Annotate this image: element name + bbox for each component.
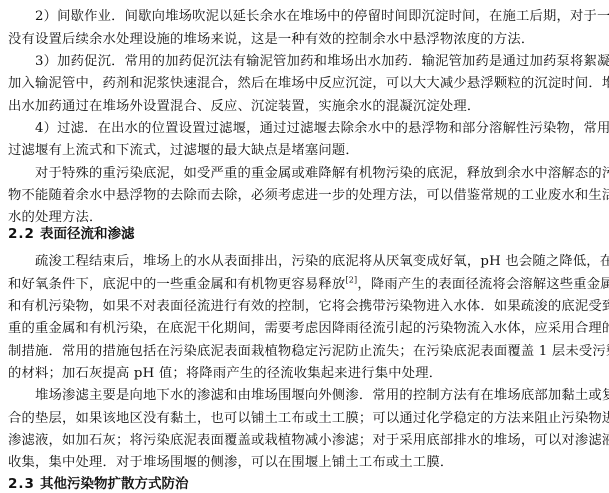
paragraph-seepage-line-4: 收集，集中处理．对于堆场围堰的侧渗，可以在围堰上铺土工布或土工膜． (8, 452, 604, 474)
paragraph-seepage-line-2: 合的垫层，如果该地区没有黏土，也可以铺土工布或土工膜；可以通过化学稳定的方法来阻… (8, 408, 604, 430)
runoff-line-2-text-a: 和好氧条件下，底泥中的一些重金属和有机物更容易释放 (8, 277, 345, 292)
paragraph-filtration-line-2: 过滤堰有上流式和下流式，过滤堰的最大缺点是堵塞问题． (8, 140, 604, 162)
paragraph-runoff-line-2: 和好氧条件下，底泥中的一些重金属和有机物更容易释放[2]，降雨产生的表面径流将会… (8, 274, 604, 296)
paragraph-dosing-line-3: 出水加药通过在堆场外设置混合、反应、沉淀装置，实施余水的混凝沉淀处理． (8, 96, 604, 118)
section-title: 其他污染物扩散方式防治 (40, 476, 189, 492)
section-heading-2-2: 2.2表面径流和渗滤 (8, 223, 135, 245)
document-page: 2）间歇作业．间歇向堆场吹泥以延长余水在堆场中的停留时间即沉淀时间，在施工后期，… (0, 0, 609, 493)
section-number: 2.2 (8, 223, 40, 245)
paragraph-runoff-line-5: 制措施．常用的措施包括在污染底泥表面栽植物稳定污泥防止流失；在污染底泥表面覆盖 … (8, 341, 604, 363)
paragraph-dosing-line-2: 加入输泥管中，药剂和泥浆快速混合，然后在堆场中反应沉淀，可以大大减少悬浮颗粒的沉… (8, 73, 604, 95)
paragraph-intermittent-operation-line-2: 没有设置后续余水处理设施的堆场来说，这是一种有效的控制余水中悬浮物浓度的方法． (8, 29, 604, 51)
paragraph-seepage-line-3: 渗滤液，如加石灰；将污染底泥表面覆盖或栽植物减小渗滤；对于采用底部排水的堆场，可… (8, 430, 604, 452)
paragraph-dosing-line-1: 3）加药促沉．常用的加药促沉法有输泥管加药和堆场出水加药．输泥管加药是通过加药泵… (35, 51, 604, 73)
section-title: 表面径流和渗滤 (40, 226, 135, 242)
citation-reference: [2] (345, 276, 357, 285)
paragraph-intermittent-operation-line-1: 2）间歇作业．间歇向堆场吹泥以延长余水在堆场中的停留时间即沉淀时间，在施工后期，… (35, 6, 604, 28)
paragraph-runoff-line-6: 的材料；加石灰提高 pH 值；将降雨产生的径流收集起来进行集中处理． (8, 363, 604, 385)
paragraph-runoff-line-1: 疏浚工程结束后，堆场上的水从表面排出，污染的底泥将从厌氧变成好氧，pH 也会随之… (35, 251, 604, 273)
paragraph-runoff-line-3: 和有机污染物，如果不对表面径流进行有效的控制，它将会携带污染物进入水体．如果疏浚… (8, 296, 604, 318)
section-number: 2.3 (8, 473, 40, 493)
paragraph-seepage-line-1: 堆场渗滤主要是向地下水的渗滤和由堆场围堰向外侧渗．常用的控制方法有在堆场底部加黏… (35, 385, 604, 407)
section-heading-2-3: 2.3其他污染物扩散方式防治 (8, 473, 189, 493)
runoff-line-2-text-b: ，降雨产生的表面径流将会溶解这些重金属 (357, 277, 609, 292)
paragraph-filtration-line-1: 4）过滤．在出水的位置设置过滤堰，通过过滤堰去除余水中的悬浮物和部分溶解性污染物… (35, 118, 604, 140)
paragraph-heavy-pollution-line-2: 物不能随着余水中悬浮物的去除而去除，必须考虑进一步的处理方法，可以借鉴常规的工业… (8, 185, 604, 207)
paragraph-heavy-pollution-line-1: 对于特殊的重污染底泥，如受严重的重金属或难降解有机物污染的底泥，释放到余水中溶解… (35, 163, 604, 185)
paragraph-runoff-line-4: 重的重金属和有机污染，在底泥干化期间，需要考虑因降雨径流引起的污染物流入水体，应… (8, 318, 604, 340)
